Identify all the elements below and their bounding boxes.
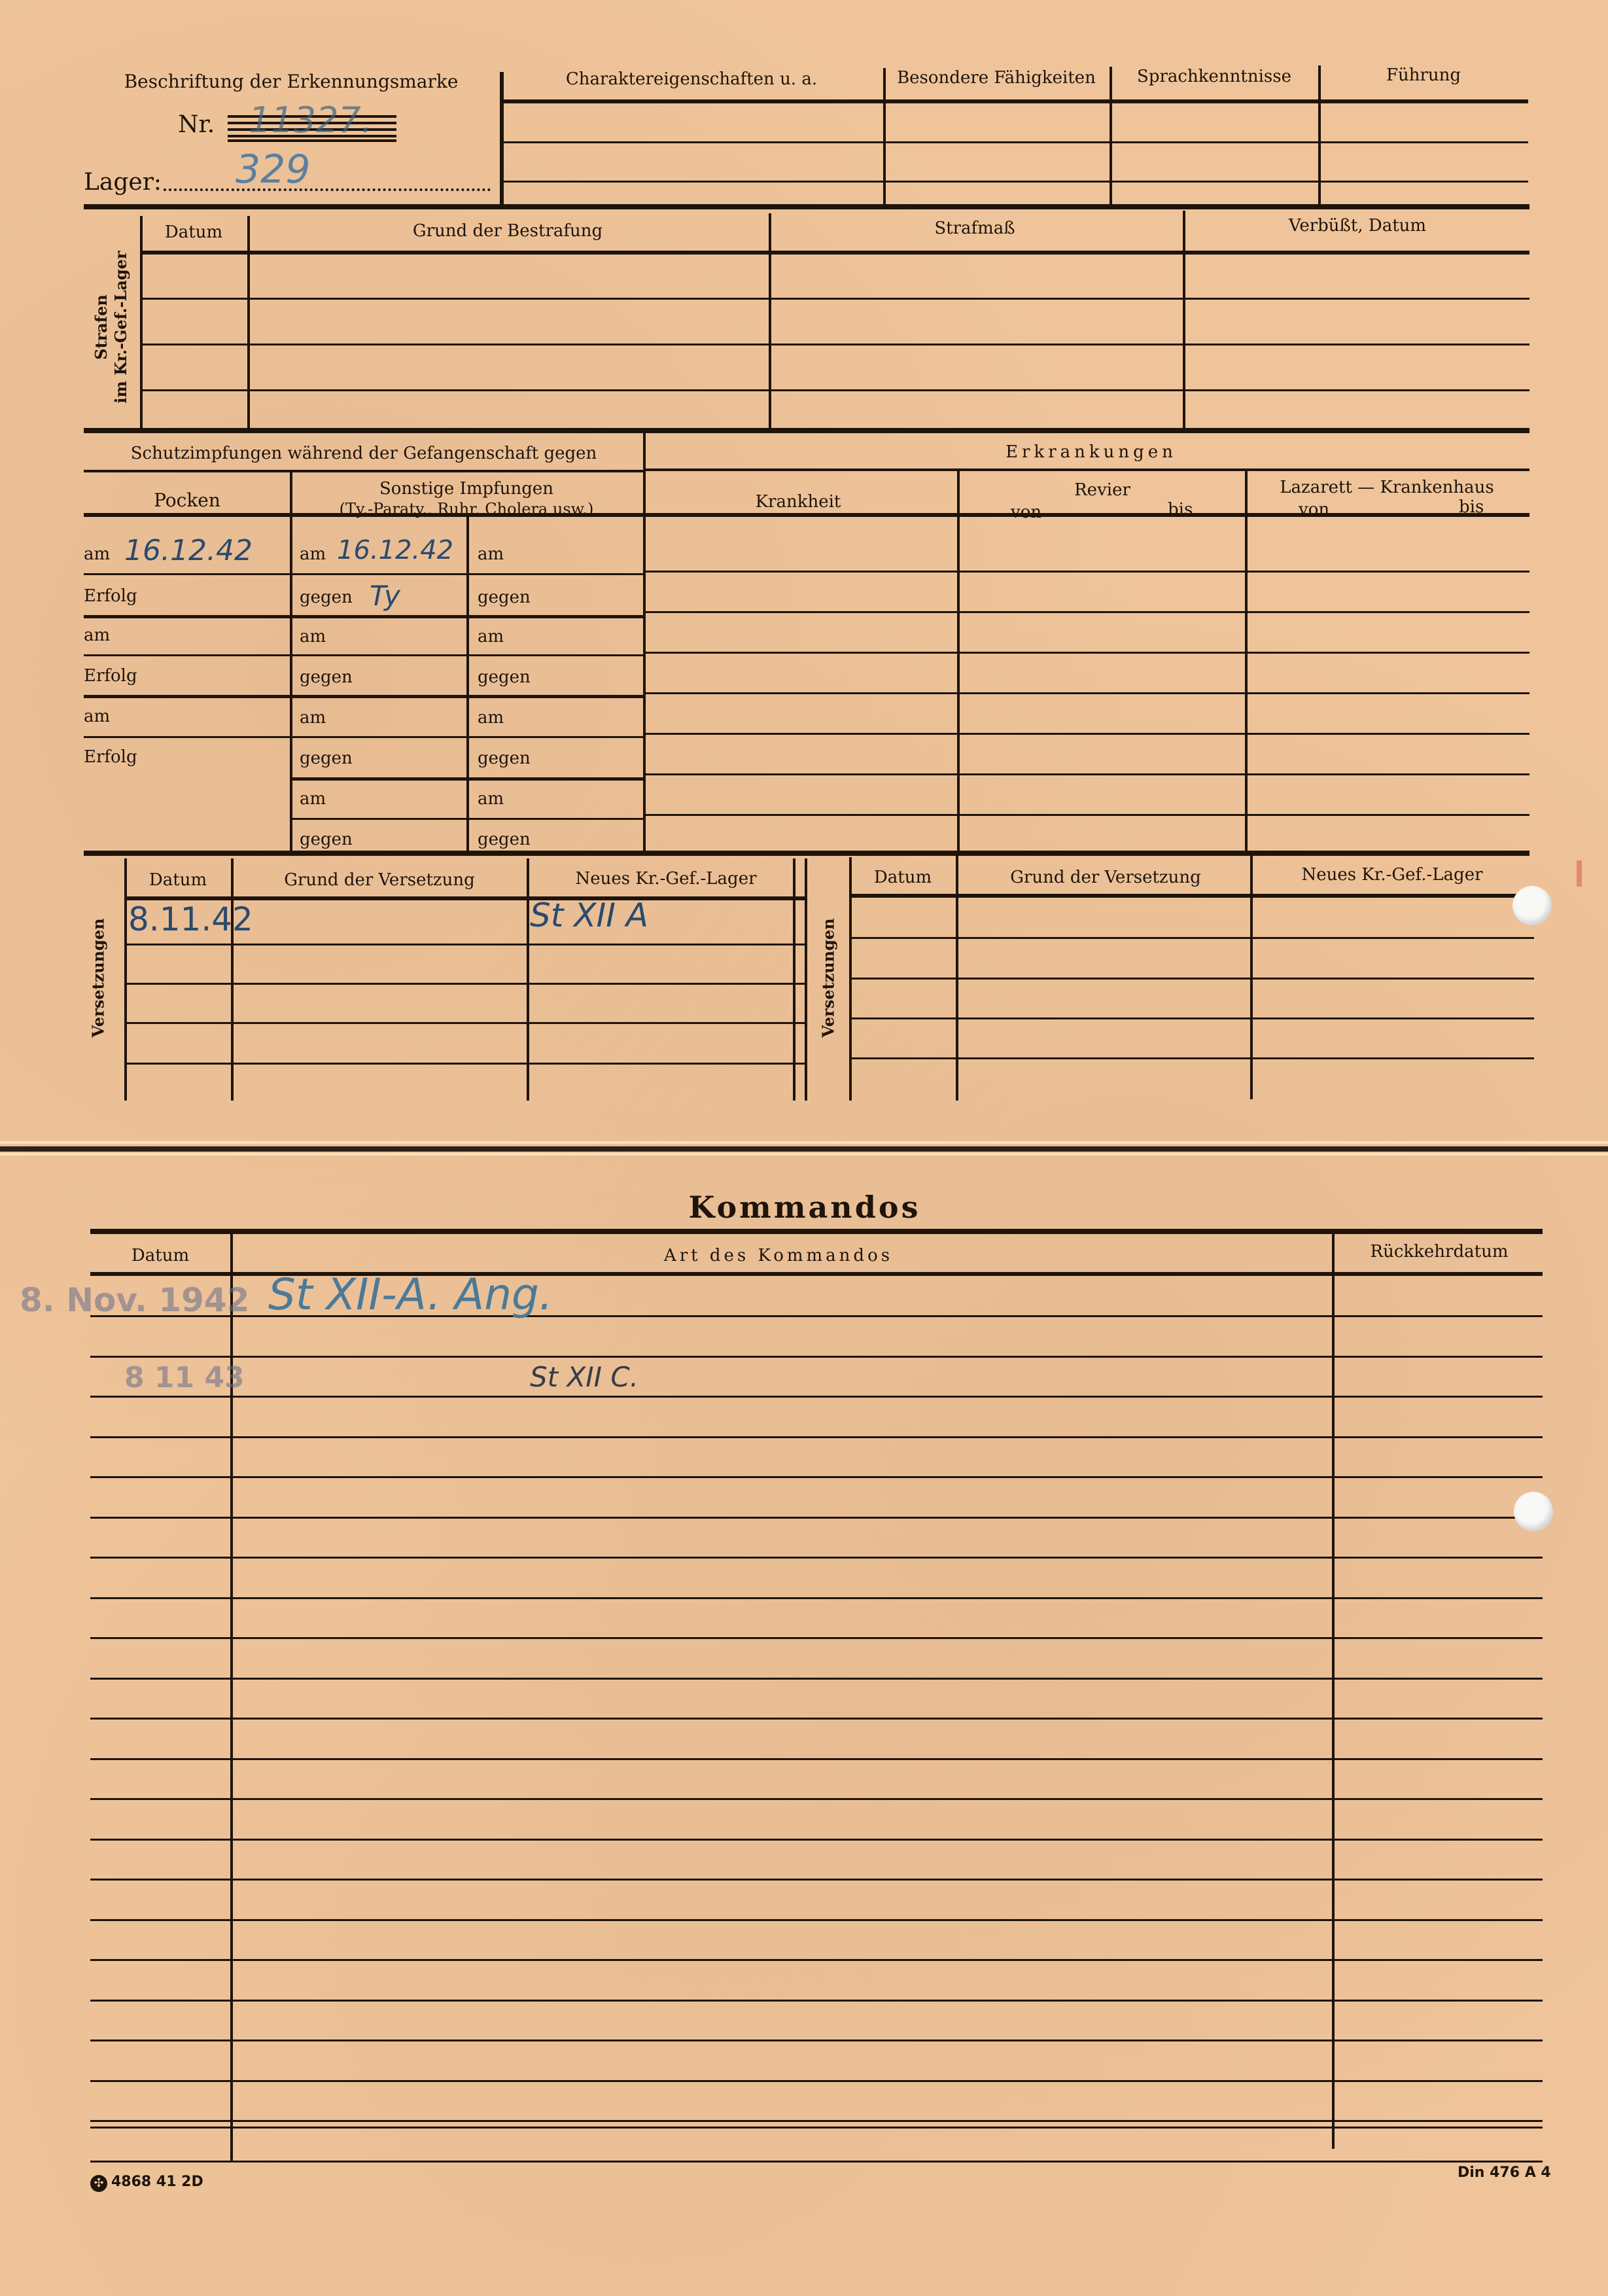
sonstige-b-am-1: am bbox=[478, 544, 504, 564]
vers-entry-date[interactable]: 8.11.42 bbox=[128, 900, 253, 938]
impfungen-title: Schutzimpfungen während der Gefangenscha… bbox=[131, 444, 597, 463]
sonstige-a-am-4: am bbox=[300, 789, 326, 809]
sonstige-b-am-3: am bbox=[478, 708, 504, 728]
lager-label: Lager: bbox=[84, 169, 162, 196]
vers-left-col-grund: Grund der Versetzung bbox=[284, 870, 475, 890]
sonstige-a-gegen-2: gegen bbox=[300, 667, 353, 687]
erkennungsmarke-title: Beschriftung der Erkennungsmarke bbox=[124, 71, 459, 92]
strafen-col-verbuesst: Verbüßt, Datum bbox=[1289, 216, 1426, 236]
strafen-col-strafmass: Strafmaß bbox=[934, 219, 1015, 238]
vers-left-col-lager: Neues Kr.-Gef.-Lager bbox=[575, 869, 756, 889]
strafen-col-grund: Grund der Bestrafung bbox=[413, 221, 603, 241]
erk-lazarett-bis: bis bbox=[1459, 497, 1484, 517]
sonstige-b-am-2: am bbox=[478, 627, 504, 646]
strafen-side-label: Strafen im Kr.-Gef.-Lager bbox=[92, 236, 131, 419]
red-tab-mark bbox=[1577, 860, 1582, 887]
kommando-row-2-art[interactable]: St XII C. bbox=[530, 1361, 638, 1393]
col-sprachkenntnisse: Sprachkenntnisse bbox=[1137, 67, 1291, 86]
printer-mark-icon: ✣ bbox=[90, 2175, 107, 2192]
pocken-am-1: am bbox=[84, 544, 110, 564]
fold-line bbox=[0, 1146, 1608, 1152]
vers-right-col-grund: Grund der Versetzung bbox=[1010, 868, 1201, 887]
kommandos-col-art: Art des Kommandos bbox=[664, 1246, 893, 1265]
pocken-erfolg-1: Erfolg bbox=[84, 586, 137, 606]
vers-right-col-lager: Neues Kr.-Gef.-Lager bbox=[1301, 865, 1482, 885]
sonstige-b-gegen-2: gegen bbox=[478, 667, 531, 687]
sonstige-sub: (Ty.-Paraty., Ruhr, Cholera usw.) bbox=[340, 500, 594, 518]
erk-col-revier: Revier bbox=[1074, 480, 1130, 500]
kommandos-col-rueckkehr: Rückkehrdatum bbox=[1371, 1242, 1509, 1262]
nr-value: 11327. bbox=[249, 99, 372, 141]
strafen-col-datum: Datum bbox=[165, 222, 222, 242]
sonstige-a-am-1: am bbox=[300, 544, 326, 564]
erk-col-krankheit: Krankheit bbox=[756, 492, 841, 512]
lager-dotted-line bbox=[164, 188, 491, 191]
erk-revier-von: von bbox=[1011, 503, 1041, 522]
sonstige-a-am-2: am bbox=[300, 627, 326, 646]
kommando-row-1-date-stamp[interactable]: 8. Nov. 1942 bbox=[20, 1281, 249, 1319]
col-besondere-faehigkeiten: Besondere Fähigkeiten bbox=[897, 68, 1096, 88]
lager-value[interactable]: 329 bbox=[236, 147, 311, 192]
sonstige-a-gegen-4: gegen bbox=[300, 830, 353, 849]
pocken-label: Pocken bbox=[154, 489, 220, 511]
kommandos-col-datum: Datum bbox=[131, 1246, 189, 1265]
nr-label: Nr. bbox=[178, 111, 215, 138]
vers-right-col-datum: Datum bbox=[874, 868, 932, 887]
sonstige-date-1[interactable]: 16.12.42 bbox=[337, 535, 453, 565]
sonstige-b-gegen-4: gegen bbox=[478, 830, 531, 849]
sonstige-a-am-3: am bbox=[300, 708, 326, 728]
col-charaktereigenschaften: Charaktereigenschaften u. a. bbox=[566, 69, 817, 89]
print-code: 4868 41 2D bbox=[111, 2174, 203, 2190]
erk-revier-bis: bis bbox=[1168, 500, 1193, 520]
kommando-row-2-date-stamp[interactable]: 8 11 43 bbox=[124, 1361, 245, 1394]
erk-lazarett-von: von bbox=[1299, 500, 1329, 520]
pocken-date-1[interactable]: 16.12.42 bbox=[124, 534, 253, 567]
sonstige-a-gegen-1: gegen bbox=[300, 588, 353, 607]
versetzungen-side-label-right: Versetzungen bbox=[819, 913, 838, 1044]
sonstige-a-gegen-3: gegen bbox=[300, 749, 353, 768]
pocken-am-2: am bbox=[84, 626, 110, 645]
sonstige-b-gegen-1: gegen bbox=[478, 588, 531, 607]
erkrankungen-title: Erkrankungen bbox=[1005, 442, 1177, 462]
pocken-am-3: am bbox=[84, 707, 110, 726]
sonstige-label: Sonstige Impfungen bbox=[379, 479, 553, 499]
kommando-row-1-art[interactable]: St XII-A. Ang. bbox=[268, 1269, 553, 1320]
sonstige-b-am-4: am bbox=[478, 789, 504, 809]
pocken-erfolg-2: Erfolg bbox=[84, 666, 137, 686]
kommandos-title: Kommandos bbox=[689, 1190, 921, 1225]
vers-entry-lager[interactable]: St XII A bbox=[530, 896, 648, 934]
punch-hole bbox=[1512, 886, 1552, 925]
sonstige-gegen-value-1[interactable]: Ty bbox=[370, 580, 400, 612]
erk-col-lazarett: Lazarett — Krankenhaus bbox=[1280, 478, 1494, 497]
punch-hole bbox=[1514, 1492, 1553, 1531]
vers-left-col-datum: Datum bbox=[149, 870, 207, 890]
din-format: Din 476 A 4 bbox=[1458, 2164, 1551, 2181]
col-fuehrung: Führung bbox=[1386, 65, 1461, 85]
pocken-erfolg-3: Erfolg bbox=[84, 747, 137, 767]
versetzungen-side-label-left: Versetzungen bbox=[89, 913, 108, 1044]
sonstige-b-gegen-3: gegen bbox=[478, 749, 531, 768]
